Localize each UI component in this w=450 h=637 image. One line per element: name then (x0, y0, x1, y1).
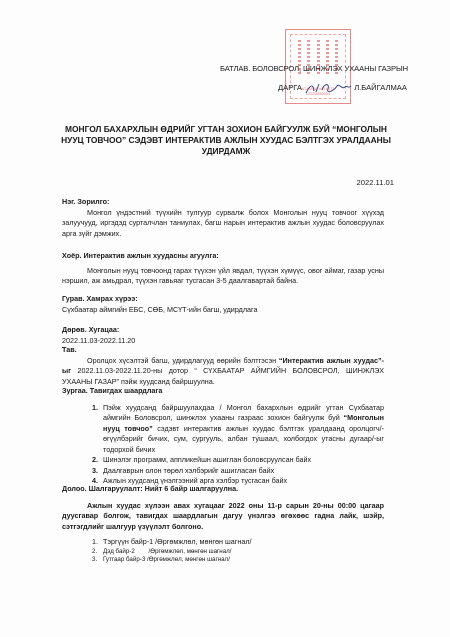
section-6: Зургаа. Тавигдах шаардлага 1.Пэйж хуудса… (62, 386, 384, 487)
section-body: Сүхбаатар аймгийн ЕБС, СӨБ, МСҮТ-ийн баг… (62, 305, 384, 316)
section-heading: Дөрөв. Хугацаа: (62, 325, 384, 336)
approval-line: БАТЛАВ. БОЛОВСРОЛ, ШИНЖЛЭХ УХААНЫ ГАЗРЫН (220, 64, 408, 73)
document-page: АТА0066 9014073 12220050004 БАТЛАВ. БОЛО… (0, 0, 450, 637)
section-heading: Гурав. Хамрах хүрээ: (62, 294, 384, 305)
list-item: 3.Гутгаар байр-3 /Өргөмжлөл, мөнгөн шагн… (92, 556, 384, 564)
signature-icon (304, 81, 352, 95)
approval-signer: ДАРГА Л.БАЙГАЛМАА (278, 81, 407, 95)
section-3: Гурав. Хамрах хүрээ: Сүхбаатар аймгийн Е… (62, 294, 384, 315)
section-4: Дөрөв. Хугацаа: 2022.11.03-2022.11.20 (62, 325, 384, 346)
document-date: 2022.11.01 (357, 178, 394, 187)
section-7: Долоо. Шалгаруулалт: Нийт 6 байр шалгару… (62, 484, 384, 564)
section-body: Монголын нууц товчоонд гарах түүхэн үйл … (62, 266, 384, 287)
list-item: 1.Тэргүүн байр-1 /Өргөмжлөл, мөнгөн шагн… (92, 537, 384, 548)
list-item: 2.Дэд байр-2 /Өргөмжлөл, мөнгөн шагнал/ (92, 548, 384, 556)
signer-name: Л.БАЙГАЛМАА (354, 83, 407, 92)
section-5: Тав. Оролцох хүсэлтэй багш, удирдлагууд … (62, 345, 384, 387)
signer-role: ДАРГА (278, 83, 302, 92)
prizes-list: 1.Тэргүүн байр-1 /Өргөмжлөл, мөнгөн шагн… (92, 537, 384, 564)
section-heading: Хоёр. Интерактив ажлын хуудасны агуулга: (62, 251, 384, 262)
section-1: Нэг. Зорилго: Монгол үндэстний түүхийн т… (62, 197, 384, 239)
section-body: Монгол үндэстний түүхийн тулгуур сурвалж… (62, 208, 384, 240)
section-heading: Тав. (62, 345, 384, 356)
list-item: 2.Шинэлэг программ, аппликейшн ашиглан б… (92, 455, 384, 466)
requirements-list: 1.Пэйж хуудсанд байршуулахдаа / Монгол б… (92, 403, 384, 487)
section-2: Хоёр. Интерактив ажлын хуудасны агуулга:… (62, 251, 384, 287)
list-item: 1.Пэйж хуудсанд байршуулахдаа / Монгол б… (92, 403, 384, 456)
document-title: МОНГОЛ БАХАРХЛЫН ӨДРИЙГ УГТАН ЗОХИОН БАЙ… (56, 124, 396, 157)
section-heading: Зургаа. Тавигдах шаардлага (62, 386, 384, 397)
section-heading: Долоо. Шалгаруулалт: Нийт 6 байр шалгару… (62, 484, 384, 495)
section-body: Ажлын хуудас хүлээн авах хугацааг 2022 о… (62, 501, 384, 533)
list-item: 3.Даалгаврын олон төрөл хэлбэрийг ашигла… (92, 466, 384, 477)
section-heading: Нэг. Зорилго: (62, 197, 384, 208)
section-body: Оролцох хүсэлтэй багш, удирдлагууд өөрий… (62, 356, 384, 388)
